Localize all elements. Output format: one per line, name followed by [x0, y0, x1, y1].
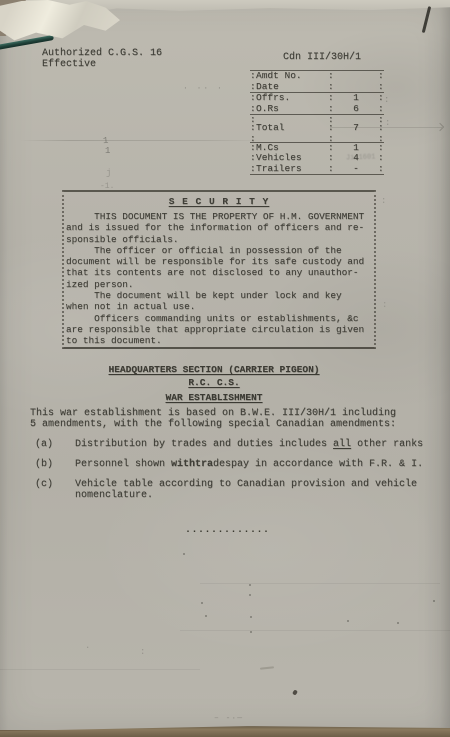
row-value: 1 — [334, 93, 378, 104]
colon-separator: : — [378, 104, 384, 115]
heading-war-establishment-text: WAR ESTABLISHMENT — [166, 392, 263, 403]
row-value: - — [334, 164, 378, 175]
security-text-line: are responsible that appropriate circula… — [66, 324, 372, 335]
row-label: Amdt No. — [256, 71, 328, 82]
pencil-dashes: – -·— — [214, 714, 243, 723]
pencil-mark: · ·· · — [183, 84, 224, 93]
pen-tick-mark — [422, 6, 431, 33]
row-label: O.Rs — [256, 104, 328, 115]
item-text-seg: Distribution by trades and duties includ… — [75, 439, 333, 450]
item-label: (a) — [35, 439, 75, 450]
stray-colon-mark: : — [381, 196, 386, 206]
table-row-total: : Total : 7 : — [250, 123, 384, 134]
heading-war-establishment: WAR ESTABLISHMENT — [0, 392, 428, 403]
security-text-line: and is issued for the information of off… — [66, 222, 372, 233]
pencil-mark: 1 — [103, 136, 109, 146]
doc-reference: Cdn III/30H/1 — [283, 52, 361, 63]
bleed-dot — [250, 616, 252, 618]
effective-line: Effective — [42, 59, 96, 70]
stray-colon-mark: : — [382, 300, 387, 310]
bleed-dot — [347, 620, 349, 622]
bleed-dot — [249, 594, 251, 596]
pencil-mark: 1 — [105, 146, 110, 156]
security-text-line: when not in actual use. — [66, 301, 372, 312]
row-value: 6 — [334, 104, 378, 115]
item-text: Vehicle table according to Canadian prov… — [75, 479, 417, 501]
table-row-date: : Date : : — [250, 82, 384, 93]
colon-separator: : — [378, 71, 384, 82]
item-text-seg: nomenclature. — [75, 490, 153, 501]
bleed-streak — [180, 630, 450, 631]
bleed-dot — [397, 622, 399, 624]
security-text-line: The document will be kept under lock and… — [66, 290, 372, 301]
bleed-streak — [0, 669, 200, 670]
row-label — [256, 115, 328, 123]
table-row-mcs: : M.Cs : 1 : — [250, 143, 384, 154]
row-value — [334, 71, 378, 82]
bleed-streak — [200, 583, 440, 584]
ink-blot — [292, 689, 298, 695]
colon-separator: : — [378, 82, 384, 93]
amendment-item-c: (c) Vehicle table according to Canadian … — [35, 479, 417, 501]
security-text-line: that its contents are not disclosed to a… — [66, 267, 372, 278]
amendment-item-a: (a) Distribution by trades and duties in… — [35, 439, 423, 450]
security-text-line: Officers commanding units or establishme… — [66, 313, 372, 324]
stray-colon-mark: : — [384, 95, 389, 105]
item-text-overtyped: withtra — [171, 459, 213, 470]
row-value — [334, 134, 378, 142]
heading-corps-text: R.C. C.S. — [188, 377, 239, 388]
colon-separator: : — [378, 123, 384, 134]
row-label: Offrs. — [256, 93, 328, 104]
table-row-trailers: : Trailers : - : — [250, 164, 384, 175]
security-text-line: document will be responsible for its saf… — [66, 256, 372, 267]
bleed-dot — [183, 553, 185, 555]
ellipsis-dots: ............. — [185, 525, 270, 536]
bleed-mark: : — [140, 647, 145, 657]
table-rule — [250, 174, 384, 175]
bleed-dot — [205, 615, 207, 617]
table-spacer-row: : : : — [250, 134, 384, 142]
table-row-ors: : O.Rs : 6 : — [250, 104, 384, 115]
bleed-dot — [433, 600, 435, 602]
security-text-line: The officer or official in possession of… — [66, 245, 372, 256]
item-text-seg: despay in accordance with F.R. & I. — [213, 459, 423, 470]
bleed-mark: · — [85, 643, 90, 653]
security-text-line: sponsible officials. — [66, 234, 372, 245]
authorized-line: Authorized C.G.S. 16 — [42, 48, 162, 59]
item-text: Personnel shown withtradespay in accorda… — [75, 459, 423, 470]
arrow-mark — [436, 123, 444, 131]
security-notice-box: S E C U R I T Y THIS DOCUMENT IS THE PRO… — [62, 190, 376, 349]
colon-separator: : — [378, 134, 384, 142]
item-text-underlined: all — [333, 439, 351, 450]
table-spacer-row: : : : — [250, 115, 384, 123]
colon-separator: : — [378, 164, 384, 175]
paper-page: Authorized C.G.S. 16 Effective Cdn III/3… — [0, 0, 450, 730]
security-text-line: ized person. — [66, 279, 372, 290]
row-label: M.Cs — [256, 143, 328, 154]
faint-scribble: Ji:1601 — [346, 153, 376, 162]
row-value: 7 — [334, 123, 378, 134]
row-value — [334, 82, 378, 93]
item-text-seg: Personnel shown — [75, 459, 171, 470]
item-text-seg: Vehicle table according to Canadian prov… — [75, 479, 417, 490]
item-label: (c) — [35, 479, 75, 501]
item-text: Distribution by trades and duties includ… — [75, 439, 423, 450]
security-text-line: to this document. — [66, 335, 372, 346]
table-row-amdt: : Amdt No. : : — [250, 71, 384, 82]
bleed-dot — [201, 602, 203, 604]
item-label: (b) — [35, 459, 75, 470]
security-title: S E C U R I T Y — [66, 196, 372, 207]
amendment-item-b: (b) Personnel shown withtradespay in acc… — [35, 459, 423, 470]
row-label — [256, 134, 328, 142]
intro-line-1: This war establishment is based on B.W.E… — [30, 408, 396, 419]
pencil-mark: j — [106, 168, 111, 178]
intro-line-2: 5 amendments, with the following special… — [30, 419, 396, 430]
heading-corps: R.C. C.S. — [0, 377, 428, 388]
row-label: Date — [256, 82, 328, 93]
heading-section: HEADQUARTERS SECTION (CARRIER PIGEON) — [0, 364, 428, 375]
table-row-offrs: : Offrs. : 1 : — [250, 93, 384, 104]
colon-separator: : — [378, 153, 384, 164]
item-text-seg: other ranks — [351, 439, 423, 450]
document-photo: Authorized C.G.S. 16 Effective Cdn III/3… — [0, 0, 450, 737]
security-text-line: THIS DOCUMENT IS THE PROPERTY OF H.M. GO… — [66, 211, 372, 222]
smudge — [260, 666, 274, 669]
row-label: Total — [256, 123, 328, 134]
row-label: Trailers — [256, 164, 328, 175]
pencil-mark: -1. — [100, 182, 114, 191]
row-label: Vehicles — [256, 153, 328, 164]
stray-colon-mark: : — [385, 118, 390, 128]
bleed-dot — [249, 584, 251, 586]
bleed-dot — [250, 631, 252, 633]
heading-section-text: HEADQUARTERS SECTION (CARRIER PIGEON) — [109, 364, 320, 375]
crease-line — [20, 140, 265, 141]
